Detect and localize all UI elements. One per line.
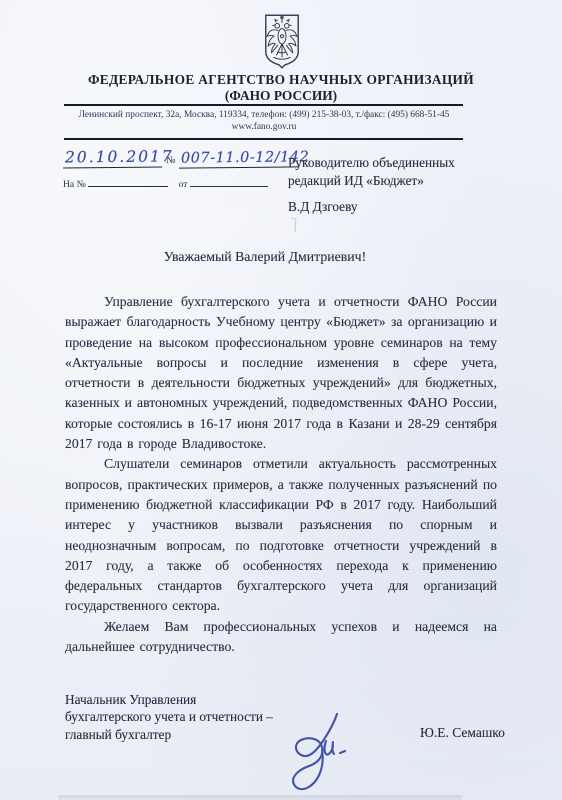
letterhead-rule-bottom xyxy=(64,138,463,140)
body-paragraph-3: Желаем Вам профессиональных успехов и на… xyxy=(65,617,497,658)
handwritten-date: 20.10.2017 xyxy=(63,147,162,168)
scan-crease-artifact xyxy=(291,218,297,232)
letterhead-rule-top xyxy=(64,104,463,106)
reply-date-blank-line xyxy=(190,176,268,187)
reply-date-label: от xyxy=(179,179,188,190)
salutation: Уважаемый Валерий Дмитриевич! xyxy=(65,249,465,265)
recipient-line-2: редакций ИД «Бюджет» xyxy=(288,172,528,190)
reply-reference-row: На № от xyxy=(63,176,268,190)
recipient-line-1: Руководителю объединенных xyxy=(288,154,528,172)
body-paragraph-1: Управление бухгалтерского учета и отчетн… xyxy=(65,292,497,454)
russia-coat-of-arms-icon xyxy=(261,13,303,71)
recipient-block: Руководителю объединенных редакций ИД «Б… xyxy=(288,154,528,216)
signer-title-line-1: Начальник Управления xyxy=(65,691,325,708)
body-paragraph-2: Слушатели семинаров отметили актуальност… xyxy=(65,454,497,616)
signer-name: Ю.Е. Семашко xyxy=(420,725,505,741)
outgoing-reference-row: 20.10.2017 № 007-11.0-12/142 xyxy=(63,148,299,168)
agency-name: ФЕДЕРАЛЬНОЕ АГЕНТСТВО НАУЧНЫХ ОРГАНИЗАЦИ… xyxy=(40,72,522,87)
agency-website: www.fano.gov.ru xyxy=(54,122,474,132)
scan-edge-artifact xyxy=(58,795,462,800)
agency-address: Ленинский проспект, 32а, Москва, 119334,… xyxy=(54,110,474,120)
agency-short-name: (ФАНО РОССИИ) xyxy=(40,88,522,104)
letter-body: Управление бухгалтерского учета и отчетн… xyxy=(65,292,497,657)
reply-number-label: На № xyxy=(63,179,86,190)
scanned-letter-page: ФЕДЕРАЛЬНОЕ АГЕНТСТВО НАУЧНЫХ ОРГАНИЗАЦИ… xyxy=(0,0,562,800)
reply-number-blank-line xyxy=(88,176,168,187)
recipient-name: В.Д Дзгоеву xyxy=(288,198,528,216)
handwritten-outgoing-number: 007-11.0-12/142 xyxy=(178,149,298,168)
handwritten-signature xyxy=(280,708,364,800)
